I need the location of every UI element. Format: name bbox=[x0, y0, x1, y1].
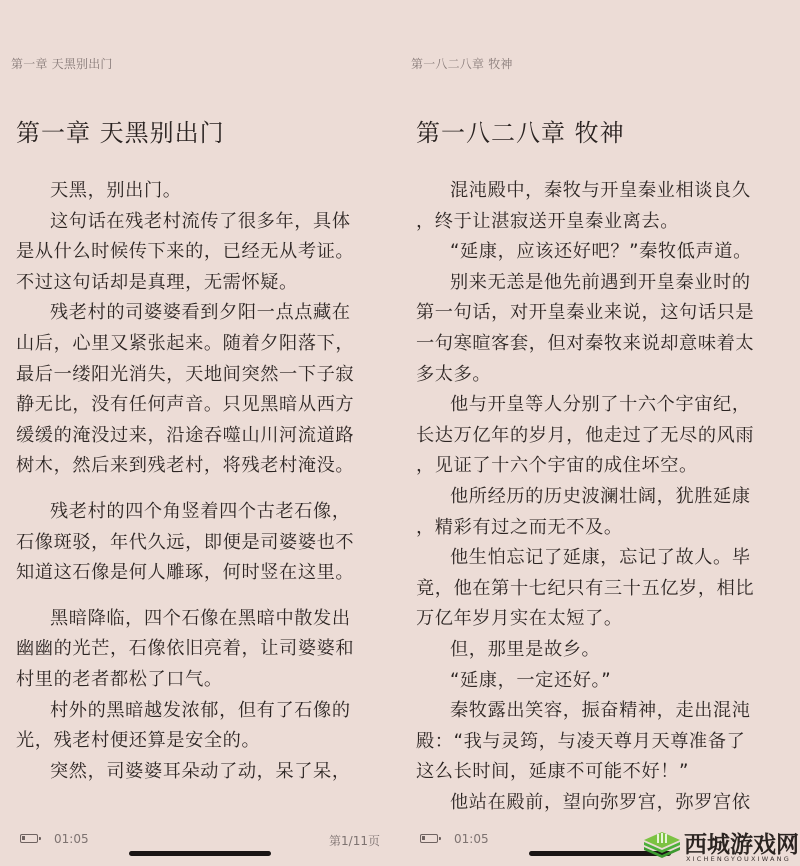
text-line: 村里的老者都松了口气。 bbox=[16, 665, 386, 696]
home-indicator-bar[interactable] bbox=[129, 851, 271, 856]
text-line: ，见证了十六个宇宙的成住坏空。 bbox=[416, 451, 786, 482]
text-line: 石像斑驳，年代久远，即便是司婆婆也不 bbox=[16, 528, 386, 559]
paragraph-gap bbox=[16, 589, 386, 604]
page-number: 第1/11页 bbox=[329, 832, 380, 849]
text-line: 不过这句话却是真理，无需怀疑。 bbox=[16, 268, 386, 299]
text-line: “延康，应该还好吧？”秦牧低声道。 bbox=[416, 237, 786, 268]
clock-time: 01:05 bbox=[54, 832, 89, 846]
chapter-title: 第一八二八章 牧神 bbox=[416, 113, 625, 148]
text-line: 殿：“我与灵筠，与凌天尊月天尊准备了 bbox=[416, 727, 786, 758]
text-line: 别来无恙是他先前遇到开皇秦业时的 bbox=[416, 268, 786, 299]
text-line: 一句寒暄客套，但对秦牧来说却意味着太 bbox=[416, 329, 786, 360]
text-line: 但，那里是故乡。 bbox=[416, 635, 786, 666]
battery-low-icon bbox=[20, 834, 38, 843]
status-footer: 01:05 第1/11页 bbox=[0, 830, 400, 852]
text-line: 第一句话，对开皇秦业来说，这句话只是 bbox=[416, 298, 786, 329]
text-line: 知道这石像是何人雕琢，何时竖在这里。 bbox=[16, 558, 386, 589]
text-line: ，终于让湛寂送开皇秦业离去。 bbox=[416, 207, 786, 238]
text-line: 天黑，别出门。 bbox=[16, 176, 386, 207]
text-line: 静无比，没有任何声音。只见黑暗从西方 bbox=[16, 390, 386, 421]
paragraph-gap bbox=[16, 482, 386, 497]
text-line: ，精彩有过之而无不及。 bbox=[416, 513, 786, 544]
text-line: 他与开皇等人分别了十六个宇宙纪， bbox=[416, 390, 786, 421]
text-line: 他所经历的历史波澜壮阔，犹胜延康 bbox=[416, 482, 786, 513]
text-line: 长达万亿年的岁月，他走过了无尽的风雨 bbox=[416, 421, 786, 452]
text-line: 黑暗降临，四个石像在黑暗中散发出 bbox=[16, 604, 386, 635]
text-line: 突然，司婆婆耳朵动了动，呆了呆， bbox=[16, 757, 386, 788]
text-line: 是从什么时候传下来的，已经无从考证。 bbox=[16, 237, 386, 268]
text-line: 树木，然后来到残老村，将残老村淹没。 bbox=[16, 451, 386, 482]
text-line: 山后，心里又紧张起来。随着夕阳落下， bbox=[16, 329, 386, 360]
chapter-body-text: 天黑，别出门。这句话在残老村流传了很多年，具体是从什么时候传下来的，已经无从考证… bbox=[16, 176, 386, 787]
left-reader-page[interactable]: 第一章 天黑别出门 第一章 天黑别出门 天黑，别出门。这句话在残老村流传了很多年… bbox=[0, 0, 400, 866]
battery-low-icon bbox=[420, 834, 438, 843]
text-line: 幽幽的光芒，石像依旧亮着，让司婆婆和 bbox=[16, 634, 386, 665]
text-line: 残老村的司婆婆看到夕阳一点点藏在 bbox=[16, 298, 386, 329]
text-line: 他生怕忘记了延康，忘记了故人。毕 bbox=[416, 543, 786, 574]
right-reader-page[interactable]: 第一八二八章 牧神 第一八二八章 牧神 混沌殿中，秦牧与开皇秦业相谈良久，终于让… bbox=[400, 0, 800, 866]
text-line: 这句话在残老村流传了很多年，具体 bbox=[16, 207, 386, 238]
text-line: “延康，一定还好。” bbox=[416, 666, 786, 697]
text-line: 村外的黑暗越发浓郁，但有了石像的 bbox=[16, 696, 386, 727]
running-head: 第一八二八章 牧神 bbox=[411, 55, 513, 72]
site-watermark: 西城游戏网 XICHENGYOUXIWANG bbox=[642, 826, 800, 866]
chapter-title: 第一章 天黑别出门 bbox=[16, 113, 225, 148]
text-line: 竟，他在第十七纪只有三十五亿岁，相比 bbox=[416, 574, 786, 605]
text-line: 万亿年岁月实在太短了。 bbox=[416, 604, 786, 635]
text-line: 他站在殿前，望向弥罗宫，弥罗宫依 bbox=[416, 788, 786, 819]
text-line: 残老村的四个角竖着四个古老石像， bbox=[16, 497, 386, 528]
text-line: 缓缓的淹没过来，沿途吞噬山川河流道路 bbox=[16, 421, 386, 452]
text-line: 光，残老村便还算是安全的。 bbox=[16, 726, 386, 757]
text-line: 多太多。 bbox=[416, 360, 786, 391]
clock-time: 01:05 bbox=[454, 832, 489, 846]
text-line: 最后一缕阳光消失，天地间突然一下子寂 bbox=[16, 360, 386, 391]
watermark-subtitle: XICHENGYOUXIWANG bbox=[686, 855, 791, 863]
chapter-body-text: 混沌殿中，秦牧与开皇秦业相谈良久，终于让湛寂送开皇秦业离去。“延康，应该还好吧？… bbox=[416, 176, 786, 818]
text-line: 秦牧露出笑容，振奋精神，走出混沌 bbox=[416, 696, 786, 727]
running-head: 第一章 天黑别出门 bbox=[11, 55, 113, 72]
text-line: 混沌殿中，秦牧与开皇秦业相谈良久 bbox=[416, 176, 786, 207]
wheat-cube-logo-icon bbox=[642, 830, 682, 858]
text-line: 这么长时间，延康不可能不好！” bbox=[416, 757, 786, 788]
